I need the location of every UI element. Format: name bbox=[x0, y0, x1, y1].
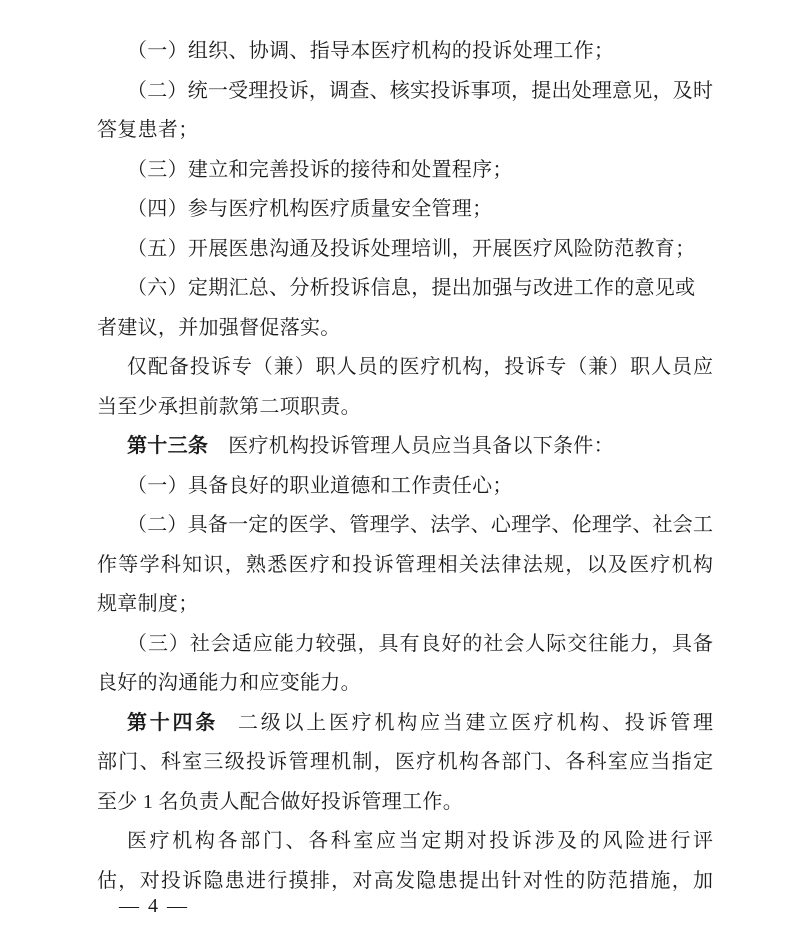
article-13-heading: 第十三条医疗机构投诉管理人员应当具备以下条件： bbox=[97, 427, 713, 467]
page-footer: — 4 — bbox=[119, 893, 187, 919]
text-line: （三）建立和完善投诉的接待和处置程序； bbox=[97, 151, 713, 191]
footer-dash-right: — bbox=[167, 893, 187, 919]
text-line: 规章制度； bbox=[97, 585, 713, 625]
article-14-heading: 第十四条二级以上医疗机构应当建立医疗机构、投诉管理 bbox=[97, 704, 713, 744]
text-line: （六）定期汇总、分析投诉信息，提出加强与改进工作的意见或 bbox=[97, 269, 713, 309]
text-line: 部门、科室三级投诉管理机制，医疗机构各部门、各科室应当指定 bbox=[97, 743, 713, 783]
document-page: （一）组织、协调、指导本医疗机构的投诉处理工作； （二）统一受理投诉，调查、核实… bbox=[0, 0, 792, 930]
text-line: 答复患者； bbox=[97, 111, 713, 151]
text-line: 仅配备投诉专（兼）职人员的医疗机构，投诉专（兼）职人员应 bbox=[97, 348, 713, 388]
text-line: 医疗机构各部门、各科室应当定期对投诉涉及的风险进行评 bbox=[97, 822, 713, 862]
text-line: （一）具备良好的职业道德和工作责任心； bbox=[97, 467, 713, 507]
document-body: （一）组织、协调、指导本医疗机构的投诉处理工作； （二）统一受理投诉，调查、核实… bbox=[97, 32, 713, 901]
text-line: （二）具备一定的医学、管理学、法学、心理学、伦理学、社会工 bbox=[97, 506, 713, 546]
text-line: 估，对投诉隐患进行摸排，对高发隐患提出针对性的防范措施，加 bbox=[97, 862, 713, 902]
text-line: （五）开展医患沟通及投诉处理培训，开展医疗风险防范教育； bbox=[97, 230, 713, 270]
text-line: 当至少承担前款第二项职责。 bbox=[97, 388, 713, 428]
text-line: （四）参与医疗机构医疗质量安全管理； bbox=[97, 190, 713, 230]
article-14-text: 二级以上医疗机构应当建立医疗机构、投诉管理 bbox=[238, 712, 713, 734]
article-13-text: 医疗机构投诉管理人员应当具备以下条件： bbox=[228, 435, 614, 457]
text-line: 至少 1 名负责人配合做好投诉管理工作。 bbox=[97, 783, 713, 823]
text-line: 良好的沟通能力和应变能力。 bbox=[97, 664, 713, 704]
footer-dash-left: — bbox=[119, 893, 139, 919]
page-number: 4 bbox=[148, 893, 158, 919]
text-line: （三）社会适应能力较强，具有良好的社会人际交往能力，具备 bbox=[97, 625, 713, 665]
article-13-number: 第十三条 bbox=[127, 435, 208, 457]
text-line: （一）组织、协调、指导本医疗机构的投诉处理工作； bbox=[97, 32, 713, 72]
text-line: 作等学科知识，熟悉医疗和投诉管理相关法律法规，以及医疗机构 bbox=[97, 546, 713, 586]
text-line: 者建议，并加强督促落实。 bbox=[97, 309, 713, 349]
text-line: （二）统一受理投诉，调查、核实投诉事项，提出处理意见，及时 bbox=[97, 72, 713, 112]
article-14-number: 第十四条 bbox=[127, 712, 218, 734]
